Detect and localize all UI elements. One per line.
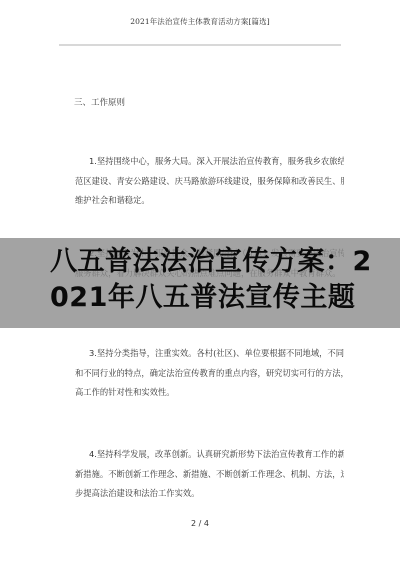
- paragraph-line: 高工作的针对性和实效性。: [60, 383, 344, 403]
- paragraph-principle-1: 1.坚持围绕中心，服务大局。深入开展法治宣传教育，服务我乡农旅结合示 范区建设、…: [60, 152, 344, 211]
- paragraph-line: 3.坚持分类指导，注重实效。各村(社区)、单位要根据不同地域，不同对象: [60, 344, 344, 364]
- section-heading: 三、工作原则: [74, 96, 125, 108]
- paragraph-line: 新措施。不断创新工作理念、新措施、不断创新工作理念、机制、方法，进一: [60, 465, 344, 485]
- paragraph-line: 1.坚持围绕中心，服务大局。深入开展法治宣传教育，服务我乡农旅结合示: [60, 152, 344, 172]
- paragraph-principle-3: 3.坚持分类指导，注重实效。各村(社区)、单位要根据不同地域，不同对象 和不同行…: [60, 344, 344, 403]
- document-header-title: 2021年法治宣传主体教育活动方案[篇选]: [0, 16, 400, 27]
- paragraph-line: 4.坚持科学发展，改革创新。认真研究新形势下法治宣传教育工作的新思路、: [60, 445, 344, 465]
- paragraph-line: 范区建设、青安公路建设、庆马路旅游环线建设，服务保障和改善民生、服务: [60, 172, 344, 192]
- page-number: 2 / 4: [0, 519, 400, 528]
- overlay-title-line: 八五普法法治宣传方案：2: [50, 244, 350, 280]
- paragraph-line: 步提高法治建设和法治工作实效。: [60, 484, 344, 504]
- paragraph-line: 和不同行业的特点，确定法治宣传教育的重点内容，研究切实可行的方法，提: [60, 364, 344, 384]
- header-divider: [59, 44, 341, 46]
- overlay-title-line: 021年八五普法宣传主题: [50, 280, 350, 316]
- paragraph-principle-4: 4.坚持科学发展，改革创新。认真研究新形势下法治宣传教育工作的新思路、 新措施。…: [60, 445, 344, 504]
- paragraph-line: 维护社会和谐稳定。: [60, 191, 344, 211]
- overlay-title: 八五普法法治宣传方案：2 021年八五普法宣传主题: [50, 244, 350, 316]
